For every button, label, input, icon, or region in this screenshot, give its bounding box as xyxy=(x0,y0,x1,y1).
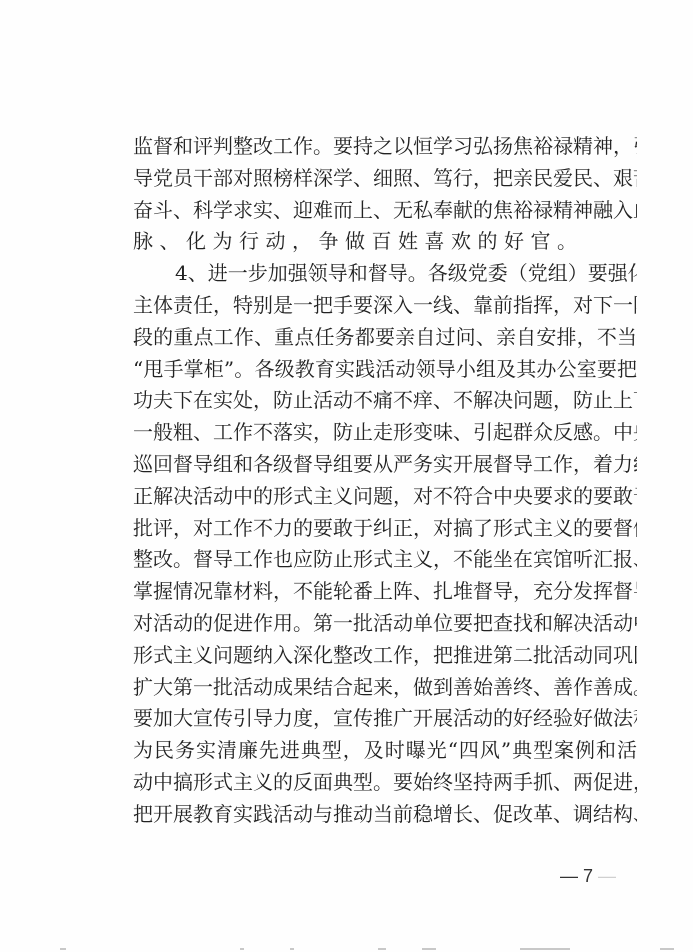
text-line: 掌握情况靠材料，不能轮番上阵、扎堆督导，充分发挥督导 xyxy=(133,576,637,608)
text-line: 正解决活动中的形式主义问题，对不符合中央要求的要敢于 xyxy=(133,481,637,513)
text-line: 巡回督导组和各级督导组要从严务实开展督导工作，着力纠 xyxy=(133,449,637,481)
text-line: 功夫下在实处，防止活动不痛不痒、不解决问题，防止上下 xyxy=(133,385,637,417)
text-line: 一般粗、工作不落实，防止走形变味、引起群众反感。中央 xyxy=(133,417,637,449)
scan-edge-artifacts xyxy=(0,946,693,952)
section-heading-line: 4、进一步加强领导和督导。各级党委（党组）要强化 xyxy=(133,258,637,290)
text-line: 形式主义问题纳入深化整改工作，把推进第二批活动同巩固 xyxy=(133,640,637,672)
text-line: 批评，对工作不力的要敢于纠正，对搞了形式主义的要督促 xyxy=(133,513,637,545)
page-number-value: — 7 xyxy=(560,866,593,886)
text-line: 主体责任，特别是一把手要深入一线、靠前指挥，对下一阶 xyxy=(133,290,637,322)
text-line: 导党员干部对照榜样深学、细照、笃行，把亲民爱民、艰苦 xyxy=(133,163,637,195)
text-line: 动中搞形式主义的反面典型。要始终坚持两手抓、两促进， xyxy=(133,767,637,799)
text-line: 对活动的促进作用。第一批活动单位要把查找和解决活动中 xyxy=(133,608,637,640)
text-line: 把开展教育实践活动与推动当前稳增长、促改革、调结构、 xyxy=(133,799,637,831)
text-line: 段的重点工作、重点任务都要亲自过问、亲自安排，不当 xyxy=(133,322,637,354)
body-text: 监督和评判整改工作。要持之以恒学习弘扬焦裕禄精神，引 导党员干部对照榜样深学、细… xyxy=(133,131,637,831)
page-number-dash: — xyxy=(593,866,616,886)
document-page: 监督和评判整改工作。要持之以恒学习弘扬焦裕禄精神，引 导党员干部对照榜样深学、细… xyxy=(0,0,693,952)
text-line: 为民务实清廉先进典型，及时曝光“四风”典型案例和活 xyxy=(133,735,637,767)
text-line: 监督和评判整改工作。要持之以恒学习弘扬焦裕禄精神，引 xyxy=(133,131,637,163)
page-number: — 7 — xyxy=(560,866,616,887)
text-line: 脉、化为行动，争做百姓喜欢的好官。 xyxy=(133,226,637,258)
text-line: 要加大宣传引导力度，宣传推广开展活动的好经验好做法和 xyxy=(133,703,637,735)
text-line: “甩手掌柜”。各级教育实践活动领导小组及其办公室要把 xyxy=(133,354,637,386)
text-line: 扩大第一批活动成果结合起来，做到善始善终、善作善成。 xyxy=(133,672,637,704)
text-line: 奋斗、科学求实、迎难而上、无私奉献的焦裕禄精神融入血 xyxy=(133,195,637,227)
text-line: 整改。督导工作也应防止形式主义，不能坐在宾馆听汇报、 xyxy=(133,544,637,576)
